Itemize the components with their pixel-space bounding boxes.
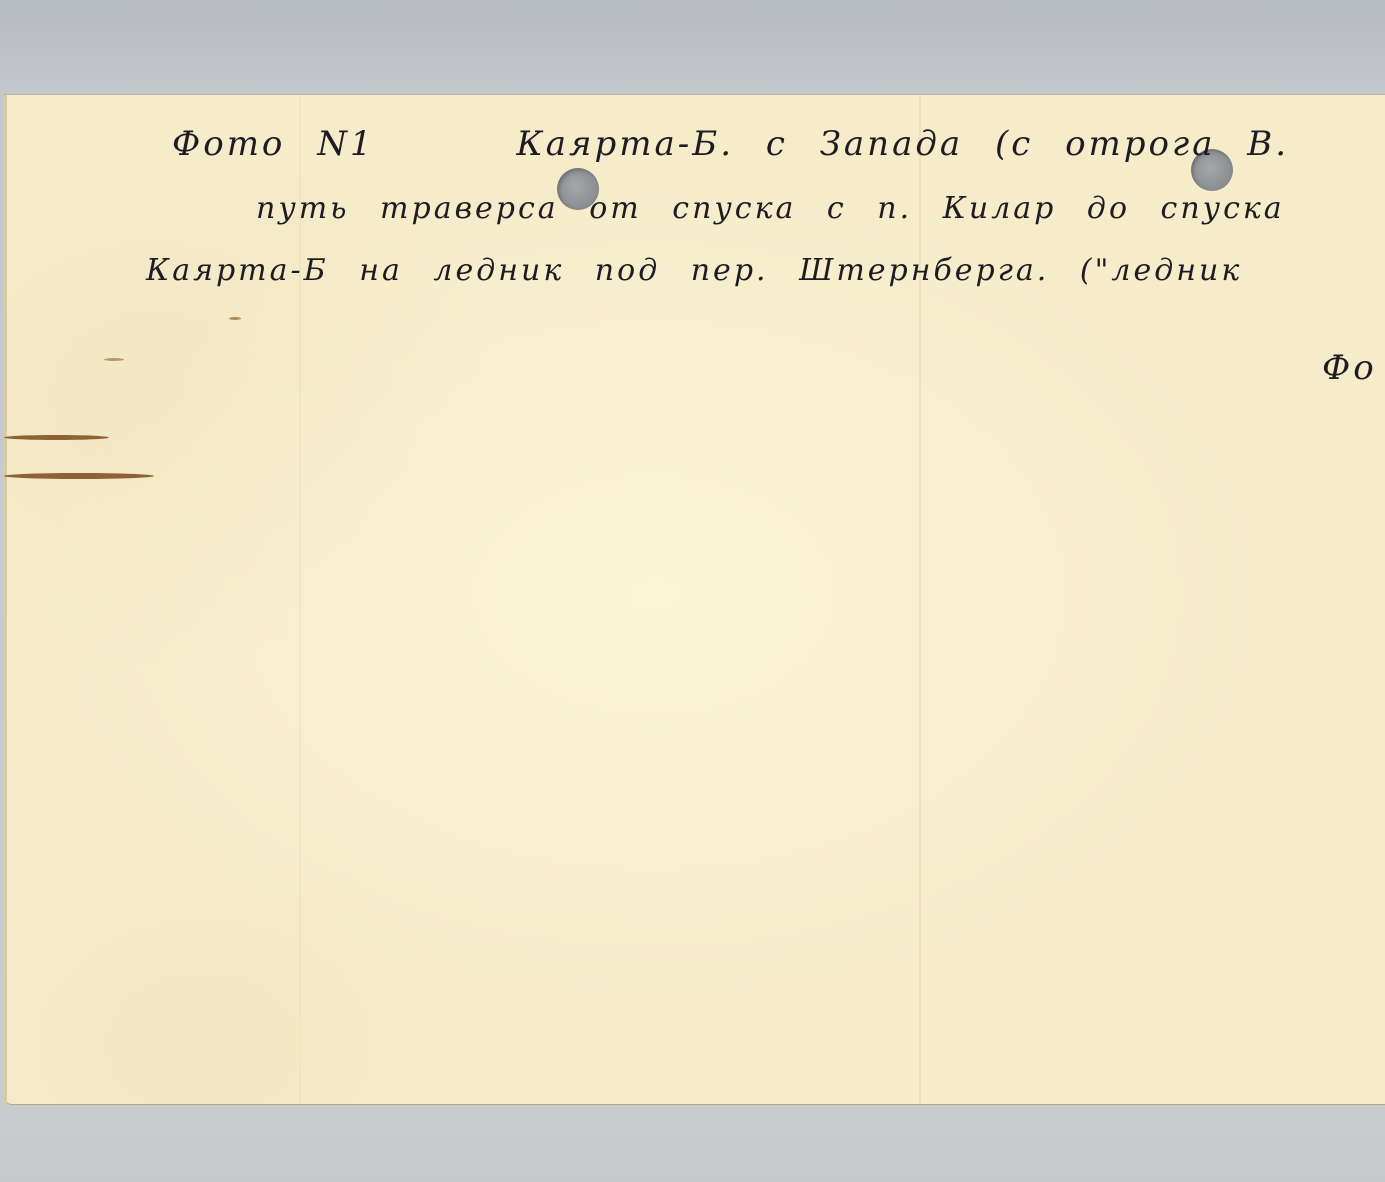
caption-text: Каярта-Б на ледник под пер. Штернберга. …	[146, 253, 1242, 288]
caption-text: Каярта-Б. с Запада (с отрога В.	[516, 124, 1289, 164]
rust-stain	[229, 317, 241, 320]
paper-fold-line	[299, 95, 301, 1104]
caption-text: путь траверса от спуска с п. Килар до сп…	[256, 191, 1285, 226]
caption-text: Фо	[1322, 348, 1377, 388]
paper-fold-line	[919, 95, 921, 1104]
caption-line-1: Фото N1 Каярта-Б. с Запада (с отрога В.	[172, 124, 1289, 164]
rust-stain	[4, 473, 154, 479]
caption-line-4: Фо	[1322, 348, 1377, 388]
rust-stain	[4, 435, 109, 440]
caption-card	[4, 95, 1385, 1104]
caption-line-2: путь траверса от спуска с п. Килар до сп…	[256, 191, 1285, 226]
photo-number-label: Фото N1	[172, 124, 375, 164]
caption-line-3: Каярта-Б на ледник под пер. Штернберга. …	[146, 253, 1242, 288]
rust-stain	[104, 358, 124, 361]
